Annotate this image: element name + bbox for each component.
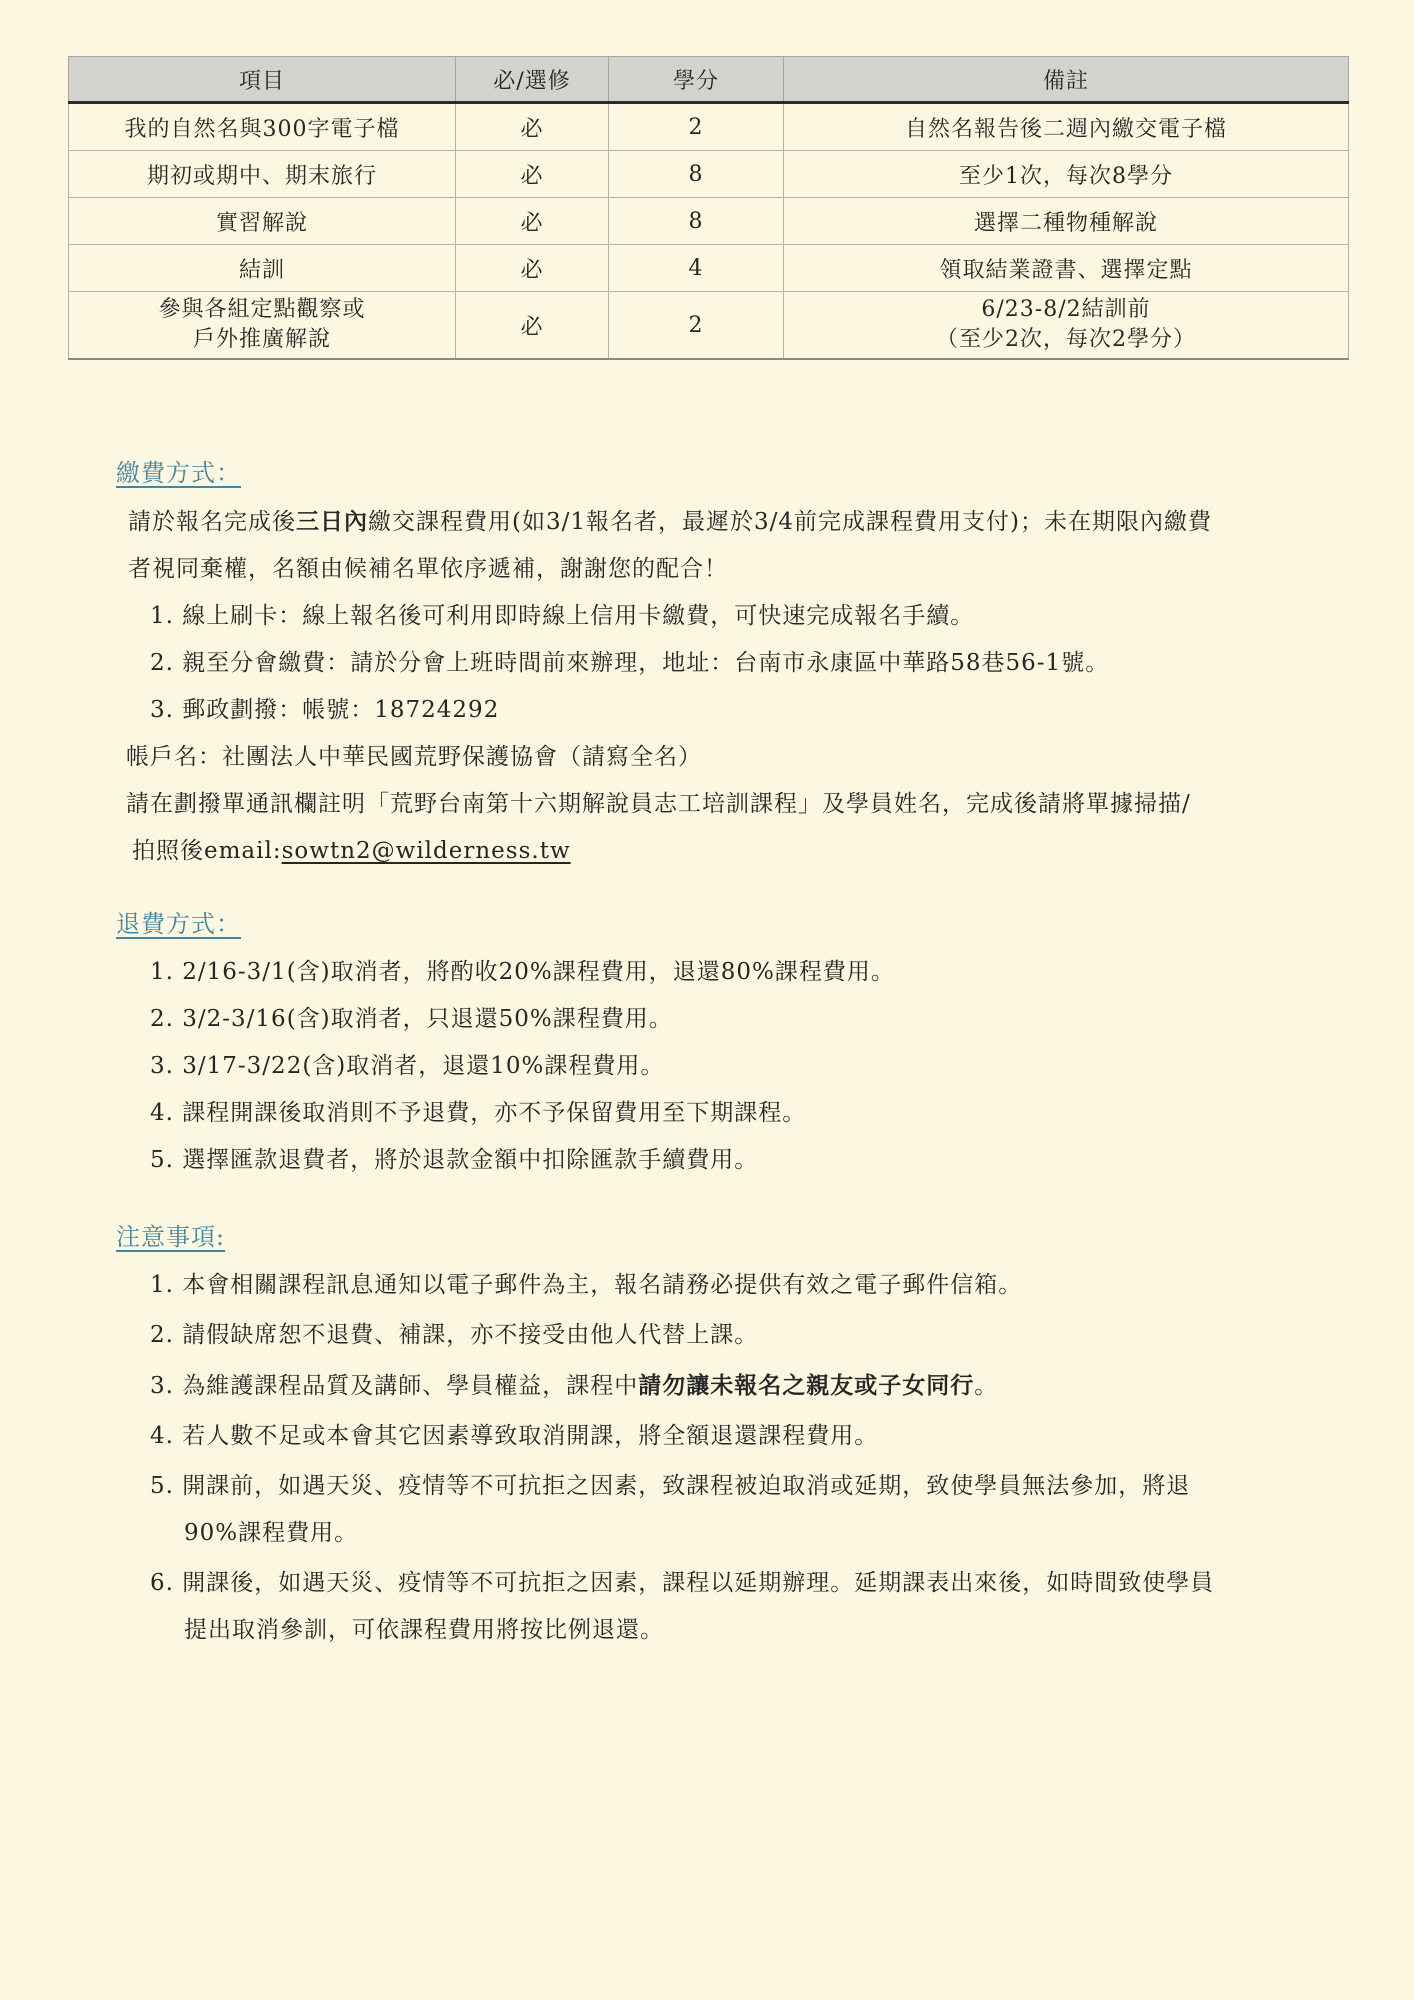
- column-header-credits: 學分: [609, 57, 784, 103]
- refund-item-4: 4. 課程開課後取消則不予退費，亦不予保留費用至下期課程。: [150, 1090, 1354, 1137]
- cell-item-line1: 參與各組定點觀察或: [70, 295, 454, 325]
- payment-heading: 繳費方式：: [116, 454, 241, 492]
- refund-item-5: 5. 選擇匯款退費者，將於退款金額中扣除匯款手續費用。: [150, 1137, 1354, 1184]
- document-page: 項目 必/選修 學分 備註 我的自然名與300字電子檔 必 2 自然名報告後二週…: [0, 0, 1414, 1654]
- cell-required: 必: [456, 245, 609, 292]
- notes-item-3-bold: 請勿讓未報名之親友或子女同行: [638, 1372, 974, 1399]
- payment-intro-bold: 三日內: [296, 508, 368, 535]
- cell-required: 必: [456, 198, 609, 245]
- cell-note-line2: （至少2次，每次2學分）: [785, 325, 1347, 355]
- cell-item-line2: 戶外推廣解說: [70, 325, 454, 355]
- notes-item-3-pre: 3. 為維護課程品質及講師、學員權益，課程中: [150, 1373, 638, 1399]
- cell-credits: 2: [609, 292, 784, 360]
- cell-credits: 2: [609, 103, 784, 151]
- table-row: 期初或期中、期末旅行 必 8 至少1次，每次8學分: [69, 151, 1349, 198]
- table-row: 實習解說 必 8 選擇二種物種解說: [69, 198, 1349, 245]
- cell-item: 期初或期中、期末旅行: [69, 151, 456, 198]
- payment-section: 繳費方式： 請於報名完成後三日內繳交課程費用(如3/1報名者，最遲於3/4前完成…: [68, 454, 1354, 875]
- payment-item-2: 2. 親至分會繳費：請於分會上班時間前來辦理，地址：台南市永康區中華路58巷56…: [150, 640, 1354, 687]
- column-header-required: 必/選修: [456, 57, 609, 103]
- notes-item-5-line2: 90%課程費用。: [184, 1510, 1354, 1557]
- cell-credits: 8: [609, 198, 784, 245]
- notes-item-3-post: 。: [974, 1373, 998, 1399]
- cell-note: 6/23-8/2結訓前 （至少2次，每次2學分）: [784, 292, 1349, 360]
- payment-intro-post: 繳交課程費用(如3/1報名者，最遲於3/4前完成課程費用支付)；未在期限內繳費: [368, 509, 1212, 535]
- cell-credits: 8: [609, 151, 784, 198]
- payment-intro-pre: 請於報名完成後: [128, 509, 296, 535]
- cell-item: 我的自然名與300字電子檔: [69, 103, 456, 151]
- cell-required: 必: [456, 151, 609, 198]
- table-row: 結訓 必 4 領取結業證書、選擇定點: [69, 245, 1349, 292]
- payment-remit-line: 請在劃撥單通訊欄註明「荒野台南第十六期解說員志工培訓課程」及學員姓名，完成後請將…: [126, 781, 1354, 828]
- column-header-item: 項目: [69, 57, 456, 103]
- refund-item-3: 3. 3/17-3/22(含)取消者，退還10%課程費用。: [150, 1043, 1354, 1090]
- payment-intro-line2: 者視同棄權，名額由候補名單依序遞補，謝謝您的配合！: [128, 546, 1354, 593]
- notes-item-3: 3. 為維護課程品質及講師、學員權益，課程中請勿讓未報名之親友或子女同行。: [150, 1362, 1354, 1410]
- cell-item: 結訓: [69, 245, 456, 292]
- payment-intro-line1: 請於報名完成後三日內繳交課程費用(如3/1報名者，最遲於3/4前完成課程費用支付…: [128, 498, 1354, 546]
- payment-item-1: 1. 線上刷卡：線上報名後可利用即時線上信用卡繳費，可快速完成報名手續。: [150, 593, 1354, 640]
- cell-credits: 4: [609, 245, 784, 292]
- refund-heading: 退費方式：: [116, 905, 241, 943]
- cell-item: 參與各組定點觀察或 戶外推廣解說: [69, 292, 456, 360]
- cell-note-line1: 6/23-8/2結訓前: [785, 295, 1347, 325]
- email-link[interactable]: sowtn2@wilderness.tw: [282, 838, 571, 864]
- payment-email-line: 拍照後email:sowtn2@wilderness.tw: [132, 828, 1354, 875]
- refund-section: 退費方式： 1. 2/16-3/1(含)取消者，將酌收20%課程費用，退還80%…: [68, 905, 1354, 1184]
- table-header-row: 項目 必/選修 學分 備註: [69, 57, 1349, 103]
- table-row: 參與各組定點觀察或 戶外推廣解說 必 2 6/23-8/2結訓前 （至少2次，每…: [69, 292, 1349, 360]
- notes-item-1: 1. 本會相關課程訊息通知以電子郵件為主，報名請務必提供有效之電子郵件信箱。: [150, 1262, 1354, 1309]
- table-row: 我的自然名與300字電子檔 必 2 自然名報告後二週內繳交電子檔: [69, 103, 1349, 151]
- notes-item-2: 2. 請假缺席恕不退費、補課，亦不接受由他人代替上課。: [150, 1312, 1354, 1359]
- notes-item-5-line1: 5. 開課前，如遇天災、疫情等不可抗拒之因素，致課程被迫取消或延期，致使學員無法…: [150, 1463, 1354, 1510]
- cell-required: 必: [456, 103, 609, 151]
- cell-note: 至少1次，每次8學分: [784, 151, 1349, 198]
- credits-table: 項目 必/選修 學分 備註 我的自然名與300字電子檔 必 2 自然名報告後二週…: [68, 56, 1349, 360]
- payment-email-prefix: 拍照後email:: [132, 838, 282, 864]
- notes-section: 注意事項: 1. 本會相關課程訊息通知以電子郵件為主，報名請務必提供有效之電子郵…: [68, 1218, 1354, 1654]
- refund-item-1: 1. 2/16-3/1(含)取消者，將酌收20%課程費用，退還80%課程費用。: [150, 949, 1354, 996]
- column-header-note: 備註: [784, 57, 1349, 103]
- notes-item-6-line1: 6. 開課後，如遇天災、疫情等不可抗拒之因素，課程以延期辦理。延期課表出來後，如…: [150, 1560, 1354, 1607]
- payment-account-line: 帳戶名：社團法人中華民國荒野保護協會（請寫全名）: [126, 734, 1354, 781]
- cell-required: 必: [456, 292, 609, 360]
- notes-heading: 注意事項:: [116, 1218, 225, 1256]
- payment-item-3: 3. 郵政劃撥：帳號：18724292: [150, 687, 1354, 734]
- notes-item-6-line2: 提出取消參訓，可依課程費用將按比例退還。: [184, 1607, 1354, 1654]
- cell-item: 實習解說: [69, 198, 456, 245]
- cell-note: 自然名報告後二週內繳交電子檔: [784, 103, 1349, 151]
- refund-item-2: 2. 3/2-3/16(含)取消者，只退還50%課程費用。: [150, 996, 1354, 1043]
- cell-note: 領取結業證書、選擇定點: [784, 245, 1349, 292]
- notes-item-4: 4. 若人數不足或本會其它因素導致取消開課，將全額退還課程費用。: [150, 1413, 1354, 1460]
- cell-note: 選擇二種物種解說: [784, 198, 1349, 245]
